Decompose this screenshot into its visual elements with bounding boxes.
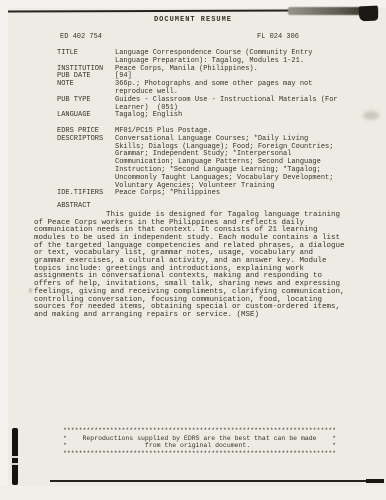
scan-mark-right-smudge xyxy=(363,111,379,120)
field-value-language: Tagalog; English xyxy=(115,112,182,120)
field-label-title: TITLE xyxy=(57,50,115,58)
field-label-descriptors: DESCRIPTORS xyxy=(57,136,115,144)
field-label-note: NOTE xyxy=(57,81,115,89)
edrs-reproduction-notice: ****************************************… xyxy=(63,427,336,457)
document-resume-header: DOCUMENT RESUME xyxy=(0,16,386,24)
field-row-descriptors: DESCRIPTORS Conversational Language Cour… xyxy=(57,136,338,191)
paper-edge-left xyxy=(0,0,8,500)
field-row-pub-type: PUB TYPE Guides - Classroom Use - Instru… xyxy=(57,97,338,113)
scan-mark-left-bar-notch xyxy=(11,456,18,458)
clearinghouse-number: FL 024 306 xyxy=(257,33,299,41)
field-row-note: NOTE 366p.; Photographs and some other p… xyxy=(57,81,338,97)
field-label-language: LANGUAGE xyxy=(57,112,115,120)
field-value-title: Language Correspondence Course (Communit… xyxy=(115,50,312,66)
field-label-identifiers: IDE.TIFIERS xyxy=(57,190,115,198)
abstract-section: ABSTRACT This guide is designed for Taga… xyxy=(34,203,345,320)
paper-edge-bottom xyxy=(0,486,386,500)
field-row-title: TITLE Language Correspondence Course (Co… xyxy=(57,50,338,66)
scan-mark-left-bar-notch xyxy=(11,463,18,465)
field-row-institution: INSTITUTION Peace Corps, Manila (Philipp… xyxy=(57,66,338,74)
bibliographic-fields: TITLE Language Correspondence Course (Co… xyxy=(57,50,338,198)
field-row-identifiers: IDE.TIFIERS Peace Corps; *Philippines xyxy=(57,190,338,198)
scan-mark-bottom-line xyxy=(50,480,384,482)
scan-mark-left-dash xyxy=(29,288,32,293)
field-label-pub-type: PUB TYPE xyxy=(57,97,115,105)
field-value-pub-type: Guides - Classroom Use - Instructional M… xyxy=(115,97,338,113)
field-row-language: LANGUAGE Tagalog; English xyxy=(57,112,338,120)
scan-mark-bottom-line-end xyxy=(366,479,384,483)
scanned-document-page: DOCUMENT RESUME ED 402 754 FL 024 306 TI… xyxy=(0,0,386,500)
scan-mark-top-line xyxy=(8,9,300,12)
field-value-identifiers: Peace Corps; *Philippines xyxy=(115,190,220,198)
abstract-text: This guide is designed for Tagalog langu… xyxy=(34,212,345,320)
field-value-note: 366p.; Photographs and some other pages … xyxy=(115,81,312,97)
field-value-institution: Peace Corps, Manila (Philippines). xyxy=(115,66,258,74)
ed-accession-number: ED 402 754 xyxy=(60,33,102,41)
abstract-label: ABSTRACT xyxy=(57,203,345,211)
field-value-descriptors: Conversational Language Courses; *Daily … xyxy=(115,136,333,191)
